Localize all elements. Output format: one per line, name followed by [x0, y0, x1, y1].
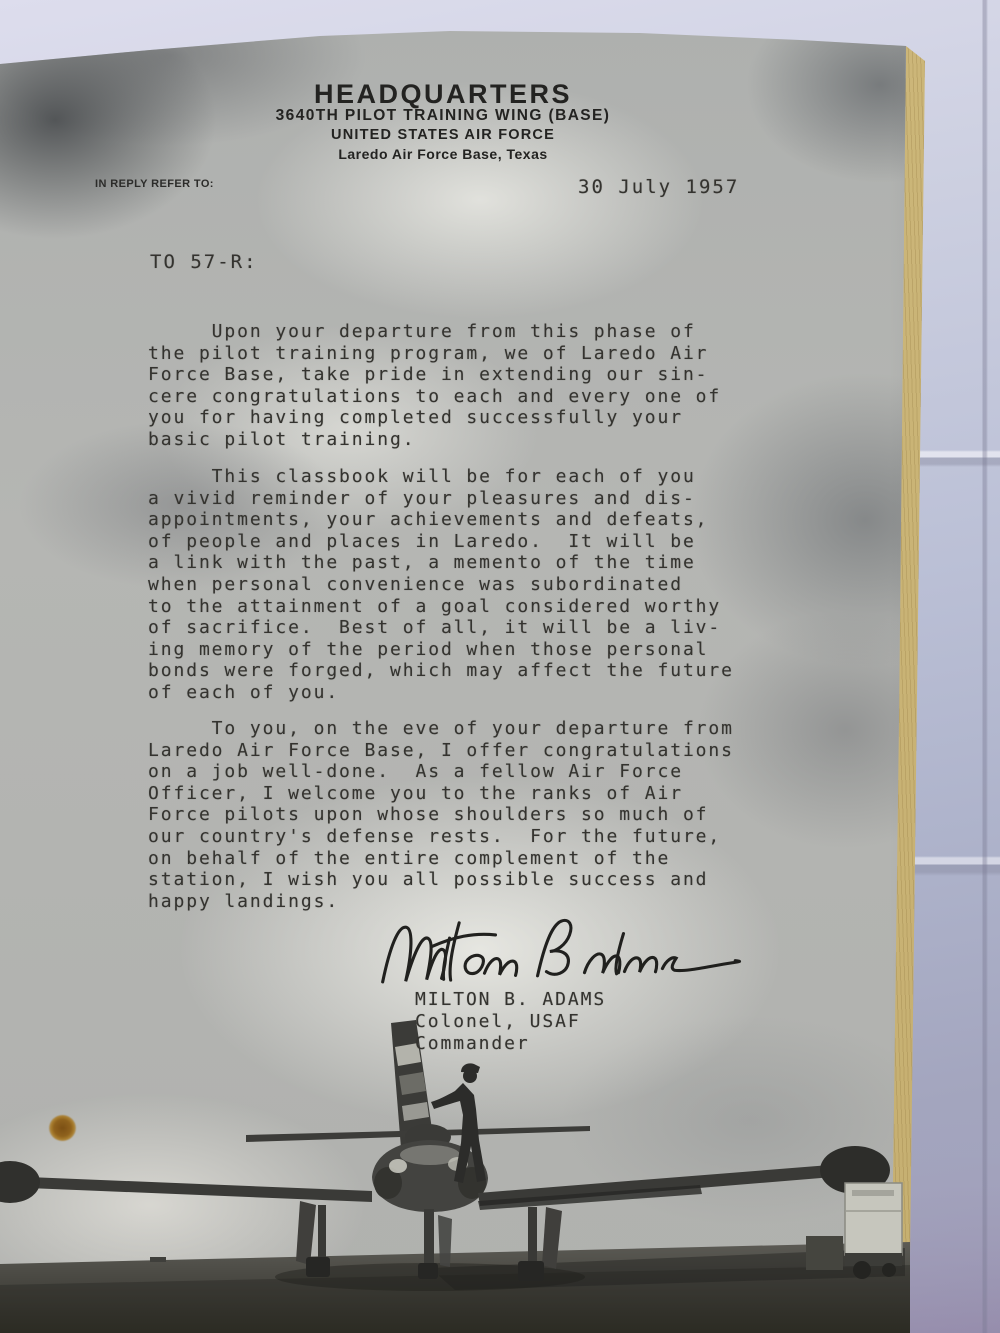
letter-line: Force pilots upon whose shoulders so muc…	[148, 804, 734, 826]
paragraph-2: This classbook will be for each of youa …	[148, 466, 734, 704]
letterhead-usaf: UNITED STATES AIR FORCE	[331, 127, 555, 143]
letterhead-base-location: Laredo Air Force Base, Texas	[338, 146, 547, 162]
letter-line: of each of you.	[148, 682, 734, 704]
tip-tank-left	[0, 1161, 40, 1203]
letter-line: This classbook will be for each of you	[148, 466, 734, 488]
letter-line: basic pilot training.	[148, 429, 721, 451]
signature-block: MILTON B. ADAMS Colonel, USAF Commander	[415, 989, 606, 1055]
letter-line: Upon your departure from this phase of	[148, 321, 721, 343]
tail-stripe	[399, 1072, 426, 1095]
letter-line: bonds were forged, which may affect the …	[148, 660, 734, 682]
letter-line: happy landings.	[148, 891, 734, 913]
distant-object	[150, 1257, 166, 1262]
letter-line: Force Base, take pride in extending our …	[148, 364, 721, 386]
paragraph-3: To you, on the eve of your departure fro…	[148, 718, 734, 912]
letter-line: the pilot training program, we of Laredo…	[148, 343, 721, 365]
wing-left	[28, 1177, 372, 1202]
letter-line: of people and places in Laredo. It will …	[148, 531, 734, 553]
signer-title: Commander	[415, 1033, 606, 1055]
letter-line: To you, on the eve of your departure fro…	[148, 718, 734, 740]
in-reply-refer-label: IN REPLY REFER TO:	[95, 178, 214, 190]
letterhead-headquarters: HEADQUARTERS	[314, 79, 572, 110]
nose-marking	[389, 1159, 407, 1173]
letter-line: you for having completed successfully yo…	[148, 407, 721, 429]
letter-line: ing memory of the period when those pers…	[148, 639, 734, 661]
letterhead-wing: 3640TH PILOT TRAINING WING (BASE)	[276, 107, 611, 125]
letter-line: to the attainment of a goal considered w…	[148, 596, 734, 618]
letter-line: appointments, your achievements and defe…	[148, 509, 734, 531]
service-truck	[806, 1183, 902, 1279]
letter-line: on a job well-done. As a fellow Air Forc…	[148, 761, 734, 783]
paragraph-1: Upon your departure from this phase ofth…	[148, 321, 721, 451]
letter-line: on behalf of the entire complement of th…	[148, 848, 734, 870]
t33-aircraft	[0, 1020, 890, 1281]
letter-line: Officer, I welcome you to the ranks of A…	[148, 783, 734, 805]
salutation: TO 57-R:	[150, 251, 258, 273]
letter-line: our country's defense rests. For the fut…	[148, 826, 734, 848]
letter-line: cere congratulations to each and every o…	[148, 386, 721, 408]
letter-line: of sacrifice. Best of all, it will be a …	[148, 617, 734, 639]
letter-line: when personal convenience was subordinat…	[148, 574, 734, 596]
photographed-letter-page: IN REPLY REFER TO: HEADQUARTERS 3640TH P…	[0, 0, 1000, 1333]
airfield-photo	[0, 1015, 910, 1333]
date-line: 30 July 1957	[578, 176, 739, 198]
letter-line: a link with the past, a memento of the t…	[148, 552, 734, 574]
letter-line: station, I wish you all possible success…	[148, 869, 734, 891]
signer-rank: Colonel, USAF	[415, 1011, 606, 1033]
letter-line: Laredo Air Force Base, I offer congratul…	[148, 740, 734, 762]
letter-line: a vivid reminder of your pleasures and d…	[148, 488, 734, 510]
handwritten-signature	[371, 908, 768, 1000]
